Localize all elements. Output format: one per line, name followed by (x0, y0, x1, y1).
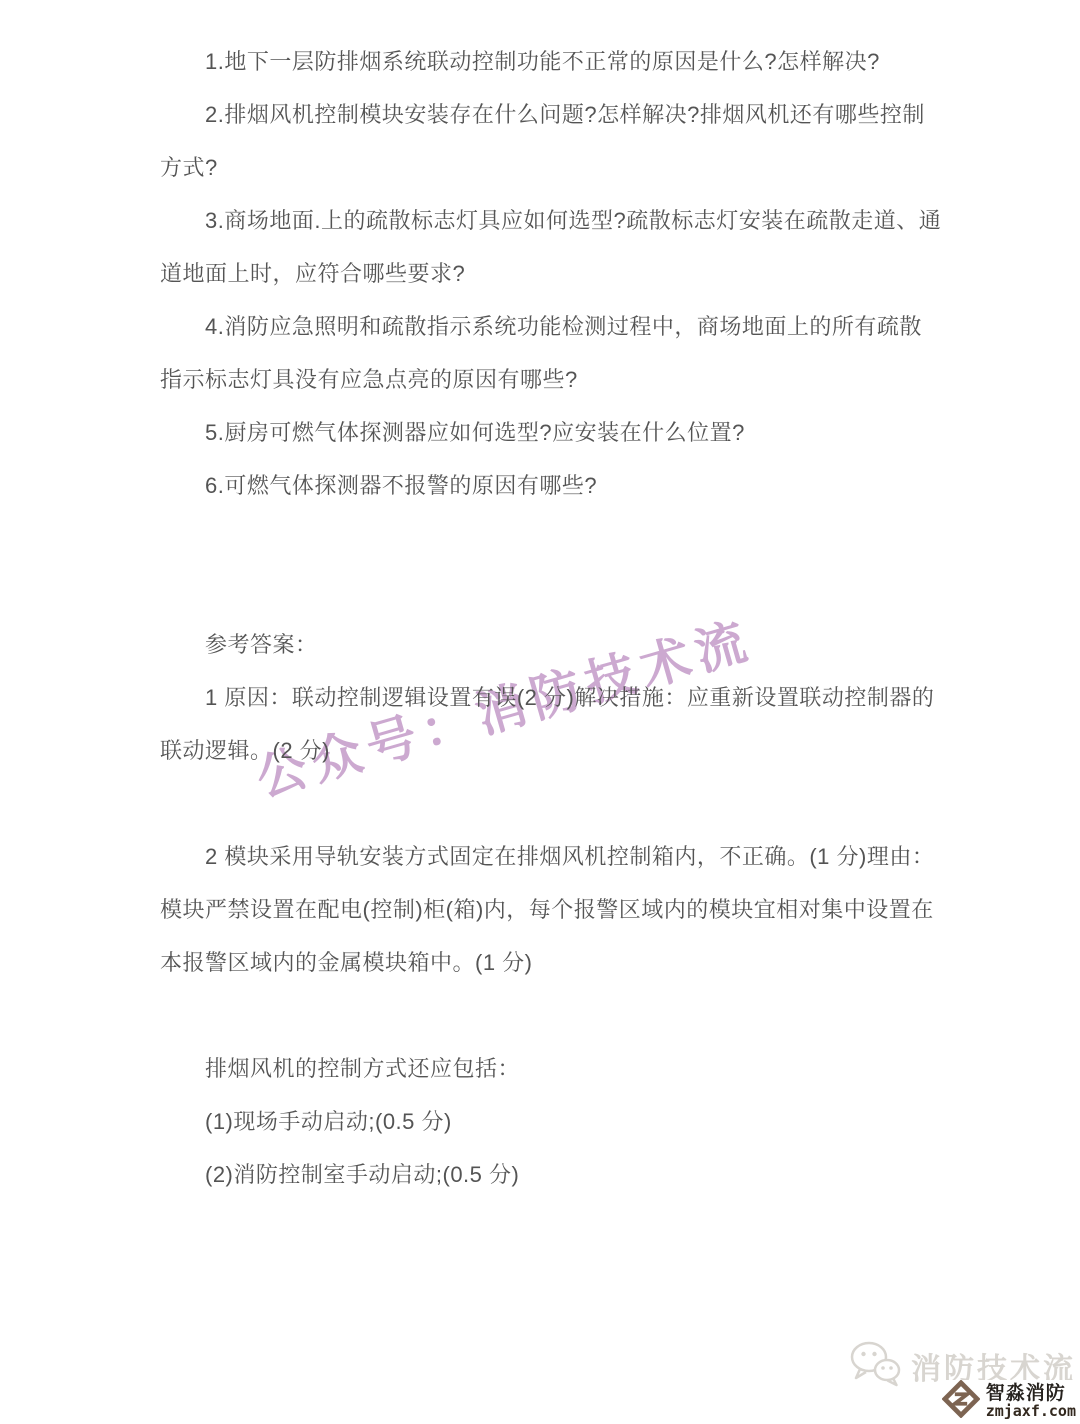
doc-line (160, 988, 935, 1041)
doc-line: 模块严禁设置在配电(控制)柜(箱)内，每个报警区域内的模块宜相对集中设置在 (160, 882, 935, 935)
doc-line: 排烟风机的控制方式还应包括： (160, 1041, 935, 1094)
doc-line: 4.消防应急照明和疏散指示系统功能检测过程中，商场地面上的所有疏散 (160, 299, 935, 352)
doc-line: 指示标志灯具没有应急点亮的原因有哪些? (160, 352, 935, 405)
doc-line: 1.地下一层防排烟系统联动控制功能不正常的原因是什么?怎样解决? (160, 34, 935, 87)
brand-text: 智淼消防 zmjaxf.com (986, 1384, 1076, 1420)
brand-badge: 智淼消防 zmjaxf.com (942, 1380, 1076, 1423)
doc-line: 1 原因：联动控制逻辑设置有误(2 分)解决措施：应重新设置联动控制器的 (160, 670, 935, 723)
doc-line: 2 模块采用导轨安装方式固定在排烟风机控制箱内，不正确。(1 分)理由： (160, 829, 935, 882)
doc-line (160, 776, 935, 829)
doc-line: 道地面上时，应符合哪些要求? (160, 246, 935, 299)
doc-line: (2)消防控制室手动启动;(0.5 分) (160, 1147, 935, 1200)
wechat-bubbles-icon (849, 1340, 901, 1392)
doc-line: 参考答案： (160, 617, 935, 670)
doc-line (160, 564, 935, 617)
brand-url: zmjaxf.com (986, 1404, 1076, 1420)
doc-line (160, 511, 935, 564)
doc-line: 6.可燃气体探测器不报警的原因有哪些? (160, 458, 935, 511)
doc-line: 本报警区域内的金属模块箱中。(1 分) (160, 935, 935, 988)
doc-line: (1)现场手动启动;(0.5 分) (160, 1094, 935, 1147)
doc-line: 3.商场地面.上的疏散标志灯具应如何选型?疏散标志灯安装在疏散走道、通 (160, 193, 935, 246)
doc-line: 2.排烟风机控制模块安装存在什么问题?怎样解决?排烟风机还有哪些控制 (160, 87, 935, 140)
brand-name: 智淼消防 (986, 1384, 1076, 1404)
brand-diamond-logo-icon (942, 1380, 980, 1423)
doc-line: 5.厨房可燃气体探测器应如何选型?应安装在什么位置? (160, 405, 935, 458)
document-body: 1.地下一层防排烟系统联动控制功能不正常的原因是什么?怎样解决?2.排烟风机控制… (160, 34, 935, 1200)
doc-line: 方式? (160, 140, 935, 193)
doc-line: 联动逻辑。(2 分) (160, 723, 935, 776)
